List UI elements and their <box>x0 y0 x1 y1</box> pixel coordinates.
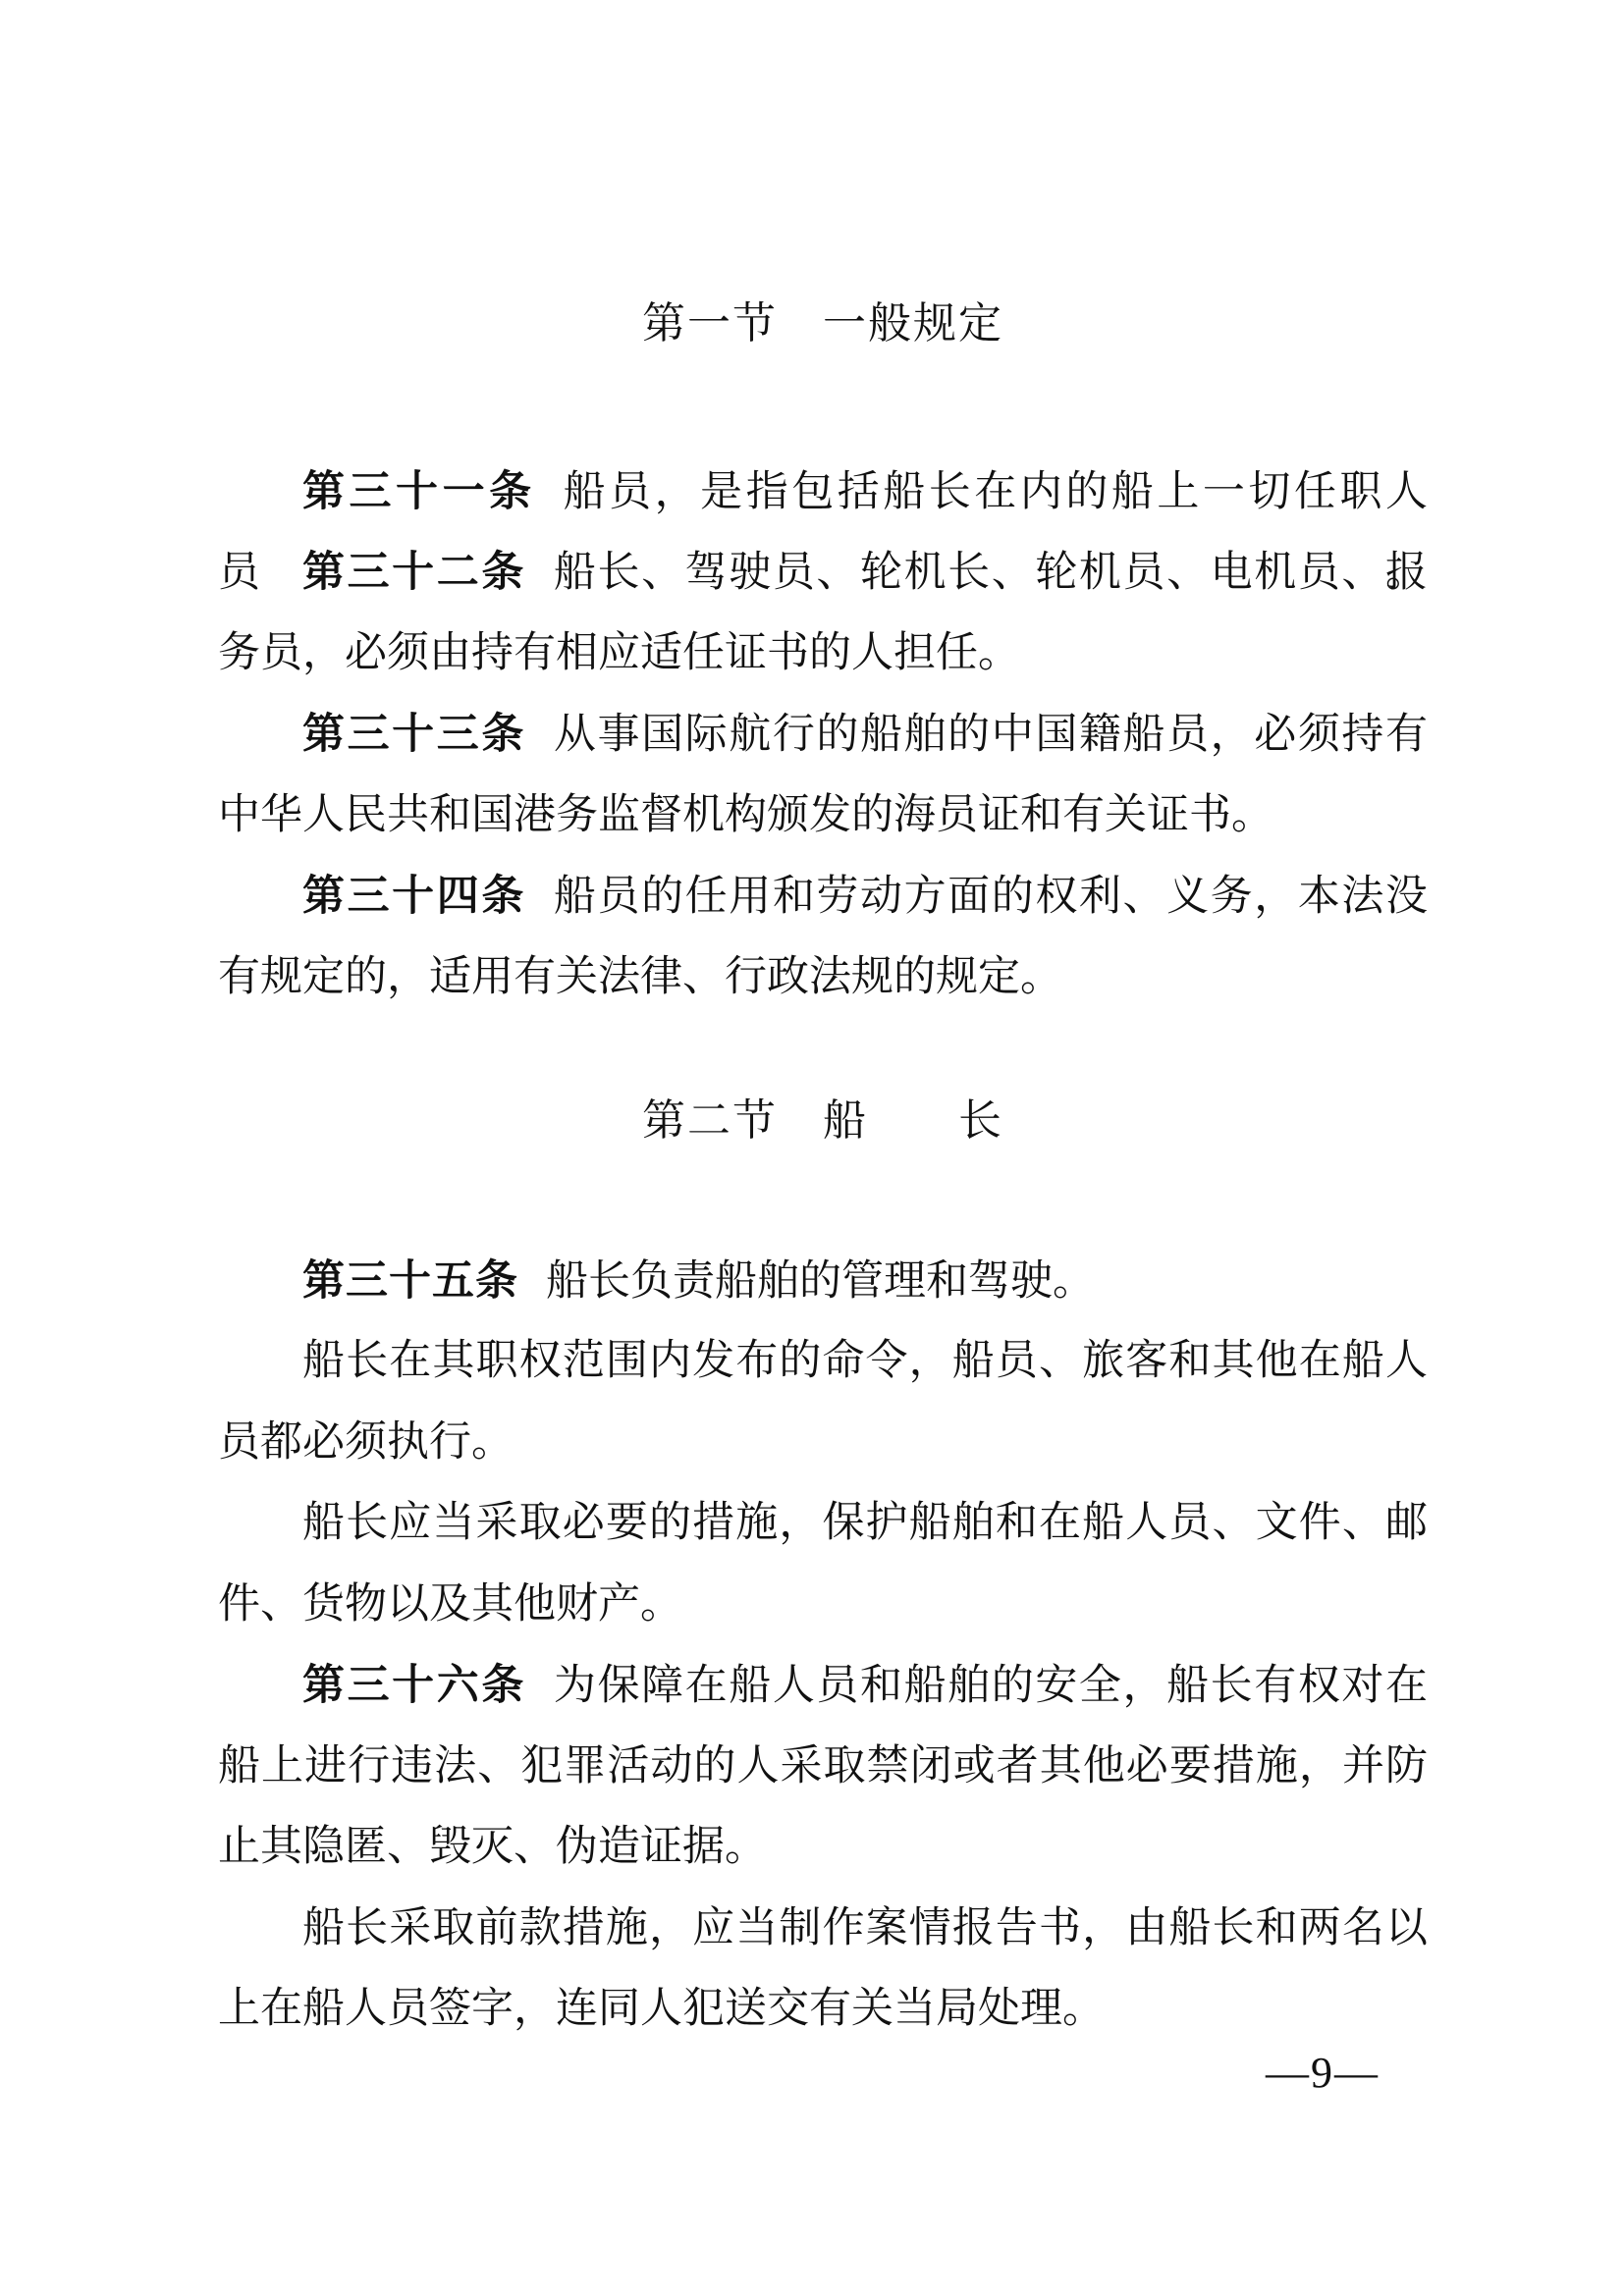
article-34-line-2: 有规定的，适用有关法律、行政法规的规定。 <box>218 937 1428 1019</box>
article-36-line-1: 第三十六条为保障在船人员和船舶的安全，船长有权对在 <box>218 1645 1428 1727</box>
article-35-number: 第三十五条 <box>302 1257 518 1305</box>
article-35-para-3-line-1: 船长应当采取必要的措施，保护船舶和在船人员、文件、邮 <box>218 1483 1428 1565</box>
page-number: —9— <box>1266 2044 1380 2103</box>
article-32-line-1: 第三十二条船长、驾驶员、轮机长、轮机员、电机员、报 <box>218 532 1428 614</box>
article-34-line-1: 第三十四条船员的任用和劳动方面的权利、义务，本法没 <box>218 856 1428 937</box>
article-31-line-1: 第三十一条船员，是指包括船长在内的船上一切任职人员。 <box>218 452 1428 533</box>
article-34-number: 第三十四条 <box>302 873 526 920</box>
article-36-line-3: 止其隐匿、毁灭、伪造证据。 <box>218 1807 1428 1889</box>
article-35-text: 船长负责船舶的管理和驾驶。 <box>546 1258 1095 1305</box>
article-32-number: 第三十二条 <box>302 549 526 596</box>
article-32-line-2: 务员，必须由持有相应适任证书的人担任。 <box>218 614 1428 695</box>
article-34-text-1: 船员的任用和劳动方面的权利、义务，本法没 <box>554 874 1428 920</box>
article-36-line-2: 船上进行违法、犯罪活动的人采取禁闭或者其他必要措施，并防 <box>218 1727 1428 1808</box>
article-32-text-1: 船长、驾驶员、轮机长、轮机员、电机员、报 <box>554 550 1428 596</box>
article-36-para-2-line-1: 船长采取前款措施，应当制作案情报告书，由船长和两名以 <box>218 1889 1428 1970</box>
article-33-line-2: 中华人民共和国港务监督机构颁发的海员证和有关证书。 <box>218 775 1428 857</box>
article-33-line-1: 第三十三条从事国际航行的船舶的中国籍船员，必须持有 <box>218 694 1428 775</box>
article-33-number: 第三十三条 <box>302 711 526 758</box>
article-33-text-1: 从事国际航行的船舶的中国籍船员，必须持有 <box>554 712 1428 758</box>
article-35-para-2-line-1: 船长在其职权范围内发布的命令，船员、旅客和其他在船人 <box>218 1321 1428 1403</box>
article-35-line-1: 第三十五条船长负责船舶的管理和驾驶。 <box>218 1241 1428 1322</box>
article-36-number: 第三十六条 <box>302 1662 526 1709</box>
article-36-text-1: 为保障在船人员和船舶的安全，船长有权对在 <box>554 1663 1428 1709</box>
document-content: 第一节 一般规定 第三十一条船员，是指包括船长在内的船上一切任职人员。 第三十二… <box>218 284 1428 2051</box>
article-36-para-2-line-2: 上在船人员签字，连同人犯送交有关当局处理。 <box>218 1969 1428 2051</box>
article-31-number: 第三十一条 <box>302 468 536 515</box>
document-page: 第一节 一般规定 第三十一条船员，是指包括船长在内的船上一切任职人员。 第三十二… <box>0 0 1624 2296</box>
article-35-para-3-line-2: 件、货物以及其他财产。 <box>218 1565 1428 1646</box>
article-35-para-2-line-2: 员都必须执行。 <box>218 1403 1428 1484</box>
section-2-title: 第二节 船 长 <box>218 1081 1428 1162</box>
section-1-title: 第一节 一般规定 <box>218 284 1428 365</box>
